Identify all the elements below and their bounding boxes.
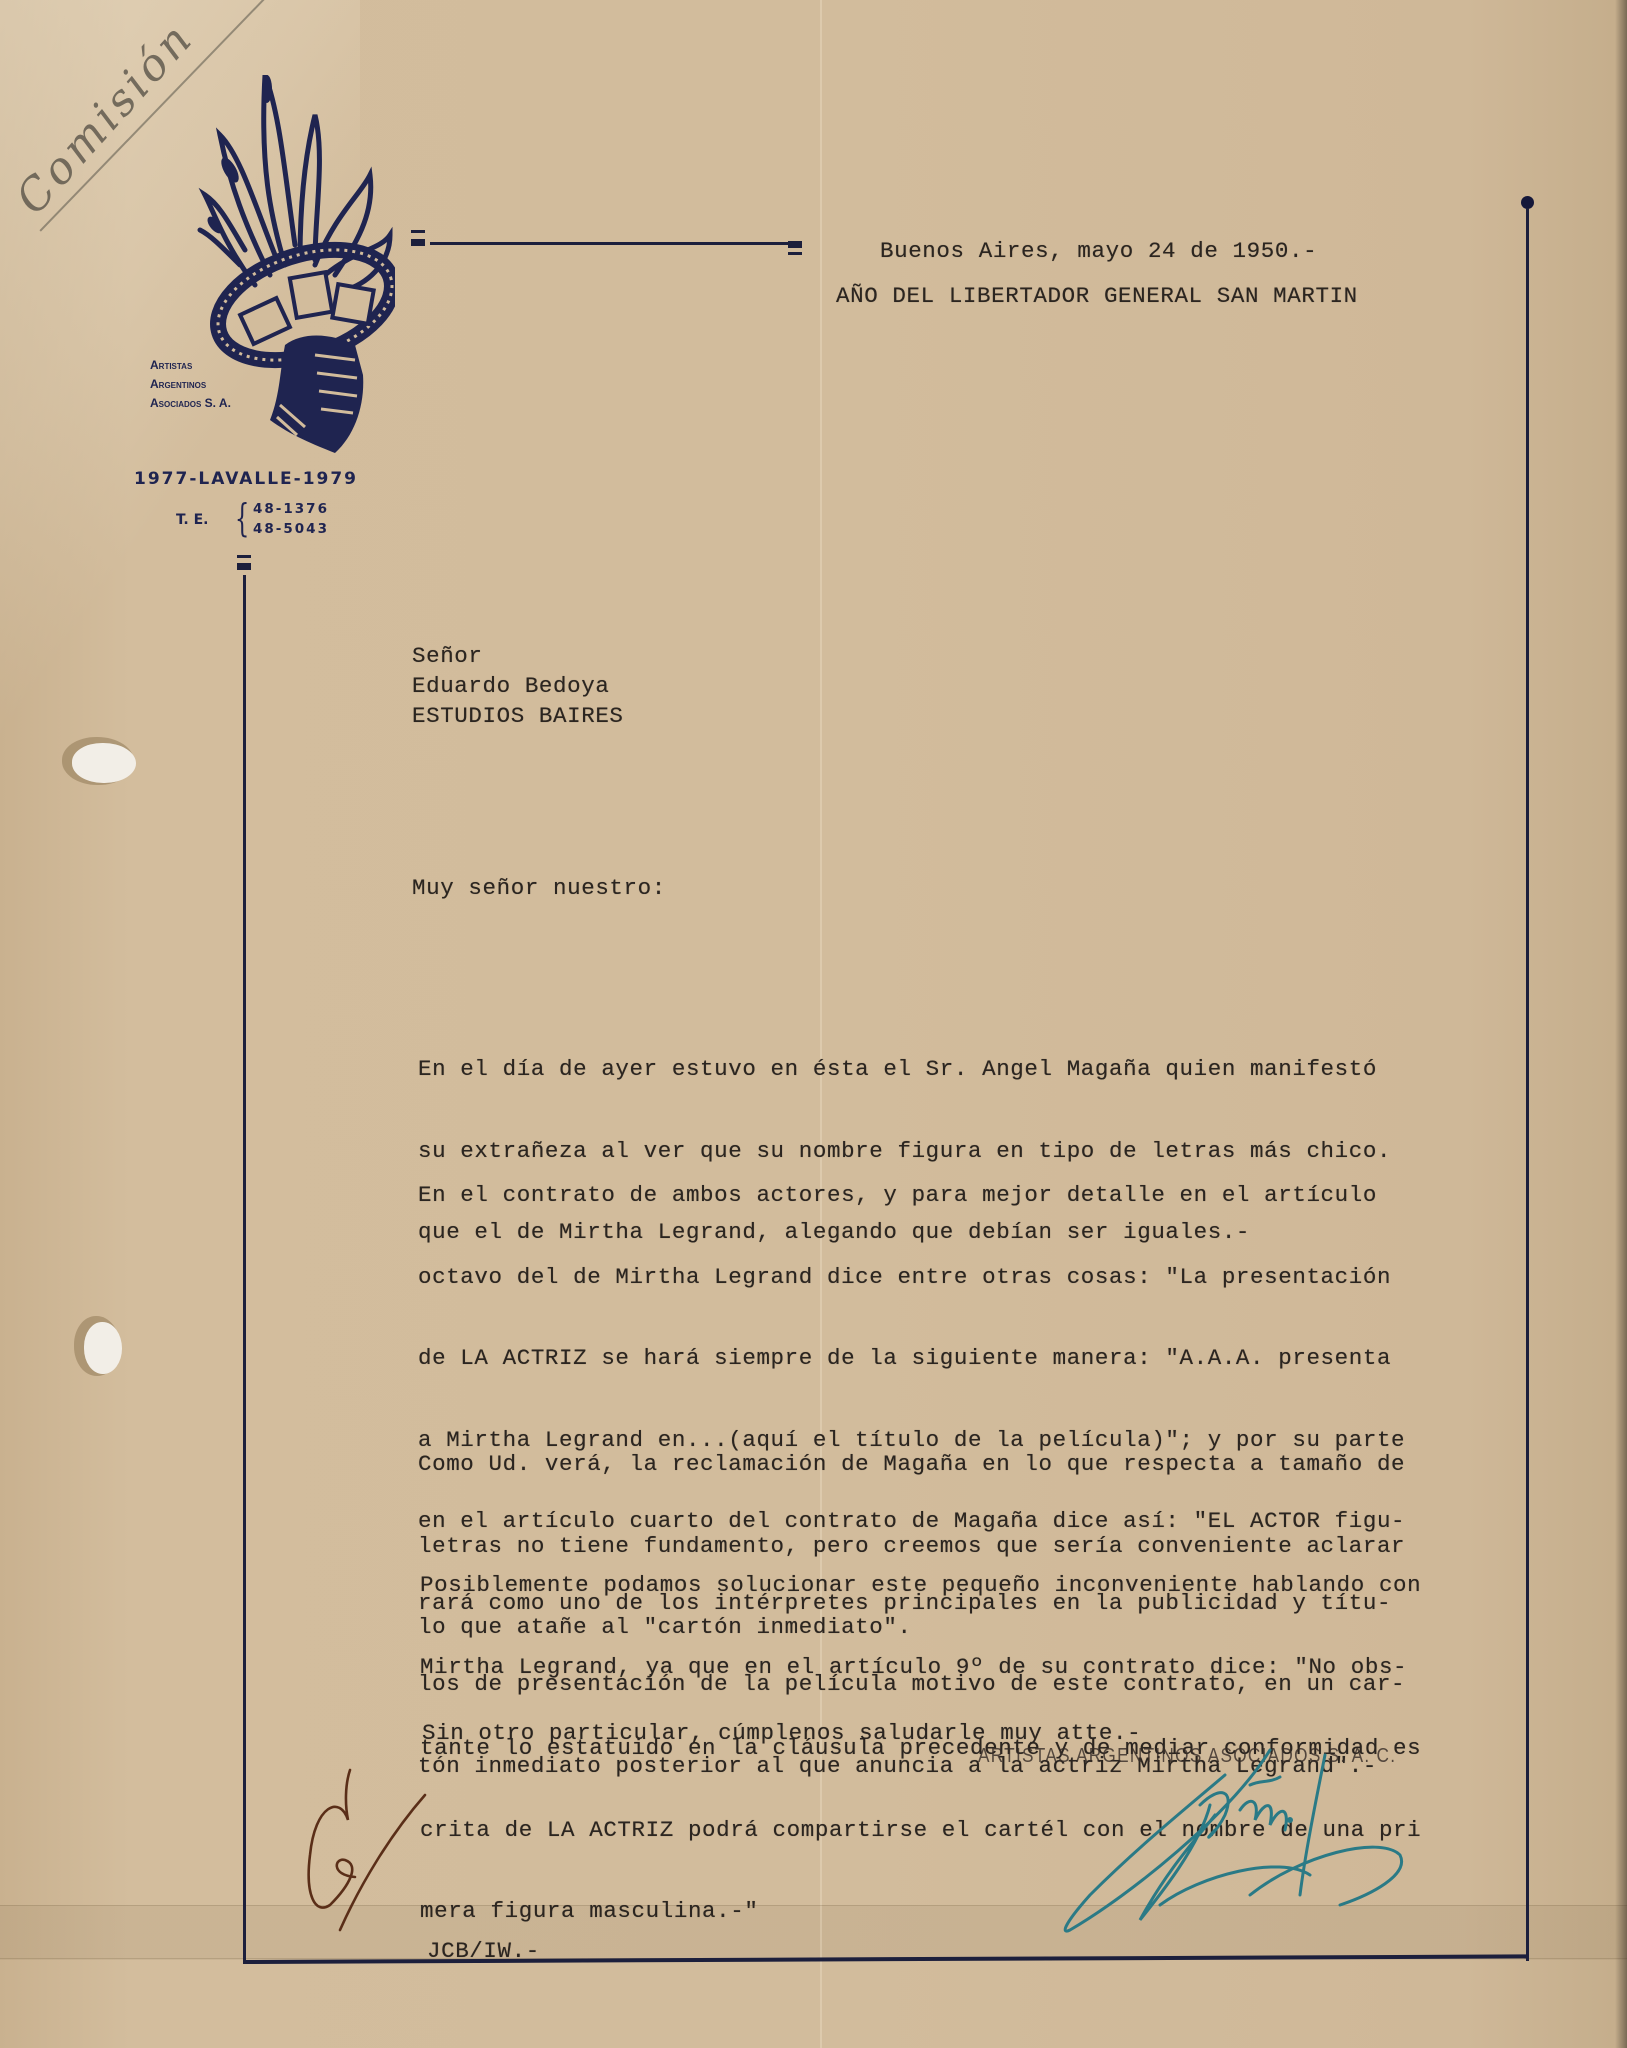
phone-label: T. E. [176,512,209,528]
greeting: Muy señor nuestro: [412,875,666,901]
frame-marker [237,563,251,570]
frame-top-line [430,242,788,245]
recipient-title: Señor [412,643,483,669]
paper-edge-shadow [1615,0,1627,2048]
frame-left-line [243,575,246,1963]
body-line: En el contrato de ambos actores, y para … [418,1181,1405,1211]
body-line: Como Ud. verá, la reclamación de Magaña … [418,1450,1405,1480]
punch-hole-top [72,743,136,783]
body-line: Mirtha Legrand, ya que en el artículo 9º… [420,1653,1421,1683]
year-motto: AÑO DEL LIBERTADOR GENERAL SAN MARTIN [836,283,1358,309]
place-date: Buenos Aires, mayo 24 de 1950.- [880,238,1317,264]
frame-marker [788,252,802,255]
body-line: Posiblemente podamos solucionar este peq… [420,1571,1421,1601]
frame-marker [237,555,251,558]
frame-marker [788,241,802,248]
company-name-line: Argentinos [150,375,231,394]
initials-mark-icon [300,1765,440,1935]
company-name-line: Asociados S. A. [150,394,231,413]
signature-icon [1050,1745,1470,1945]
company-name: Artistas Argentinos Asociados S. A. [150,356,231,413]
frame-marker [411,230,425,233]
body-line: octavo del de Mirtha Legrand dice entre … [418,1263,1405,1293]
company-name-line: Artistas [150,356,231,375]
phone-number: 48-1376 [253,499,329,519]
company-address: 1977-LAVALLE-1979 [134,469,358,489]
body-line: En el día de ayer estuvo en ésta el Sr. … [418,1055,1391,1085]
phone-number: 48-5043 [253,519,329,539]
body-line: de LA ACTRIZ se hará siempre de la sigui… [418,1344,1405,1374]
recipient-company: ESTUDIOS BAIRES [412,703,624,729]
brace-icon: { [235,498,250,538]
recipient-name: Eduardo Bedoya [412,673,609,699]
frame-marker [411,239,425,246]
frame-right-line [1526,208,1529,1961]
reference-initials: JCB/IW.- [427,1938,540,1964]
phone-numbers: 48-1376 48-5043 [253,499,329,539]
punch-hole-bottom [84,1322,122,1374]
closing: Sin otro particular, cúmplenos saludarle… [422,1720,1141,1746]
